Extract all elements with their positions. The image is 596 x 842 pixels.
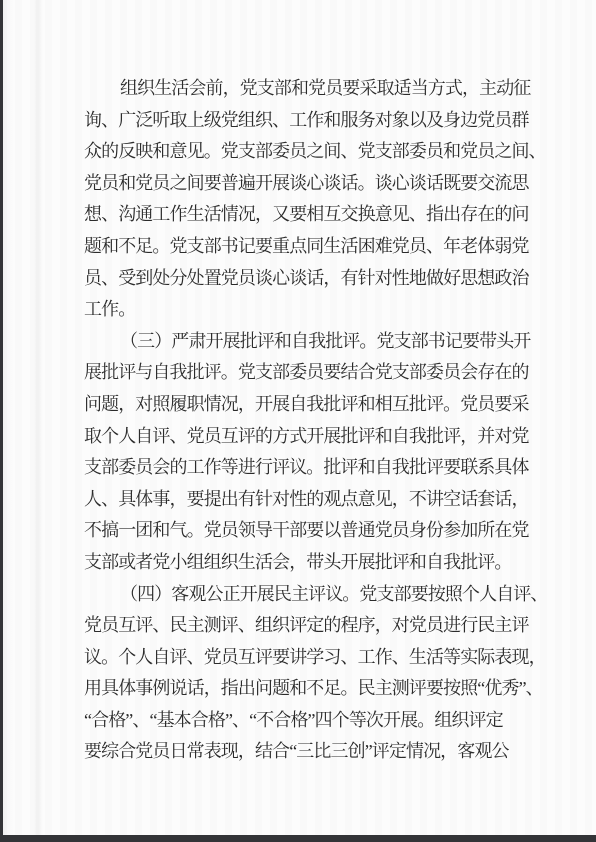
paragraph: （三）严肃开展批评和自我批评。党支部书记要带头开展批评与自我批评。党支部委员要结…: [84, 326, 530, 579]
text-line: 题和不足。党支部书记要重点同生活困难党员、年老体弱党: [84, 231, 530, 263]
text-line: 不搞一团和气。党员领导干部要以普通党员身份参加所在党: [84, 515, 530, 547]
text-line: 支部委员会的工作等进行评议。批评和自我批评要联系具体: [84, 452, 530, 484]
text-line: 询、广泛听取上级党组织、工作和服务对象以及身边党员群: [84, 105, 530, 137]
scanned-document-page: 组织生活会前，党支部和党员要采取适当方式，主动征询、广泛听取上级党组织、工作和服…: [0, 0, 596, 842]
text-line: 想、沟通工作生活情况，又要相互交换意见、指出存在的问: [84, 199, 530, 231]
text-line: 议。个人自评、党员互评要讲学习、工作、生活等实际表现，: [84, 642, 530, 674]
paragraph: （四）客观公正开展民主评议。党支部要按照个人自评、党员互评、民主测评、组织评定的…: [84, 579, 530, 769]
text-line: 员、受到处分处置党员谈心谈话，有针对性地做好思想政治: [84, 263, 530, 295]
text-line: （四）客观公正开展民主评议。党支部要按照个人自评、: [84, 579, 530, 611]
text-line: 人、具体事，要提出有针对性的观点意见，不讲空话套话，: [84, 484, 530, 516]
text-line: 问题，对照履职情况，开展自我批评和相互批评。党员要采: [84, 389, 530, 421]
scan-edge-bottom: [0, 835, 596, 842]
text-line: 党员和党员之间要普遍开展谈心谈话。谈心谈话既要交流思: [84, 168, 530, 200]
document-body: 组织生活会前，党支部和党员要采取适当方式，主动征询、广泛听取上级党组织、工作和服…: [84, 73, 530, 768]
text-line: 支部或者党小组组织生活会，带头开展批评和自我批评。: [84, 547, 530, 579]
text-line: “合格”、“基本合格”、“不合格”四个等次开展。组织评定: [84, 705, 530, 737]
text-line: 展批评与自我批评。党支部委员要结合党支部委员会存在的: [84, 357, 530, 389]
text-line: （三）严肃开展批评和自我批评。党支部书记要带头开: [84, 326, 530, 358]
text-line: 工作。: [84, 294, 530, 326]
text-line: 众的反映和意见。党支部委员之间、党支部委员和党员之间、: [84, 136, 530, 168]
scan-edge-left: [0, 0, 3, 842]
text-line: 党员互评、民主测评、组织评定的程序，对党员进行民主评: [84, 610, 530, 642]
text-line: 用具体事例说话，指出问题和不足。民主测评要按照“优秀”、: [84, 673, 530, 705]
text-line: 取个人自评、党员互评的方式开展批评和自我批评，并对党: [84, 421, 530, 453]
text-line: 组织生活会前，党支部和党员要采取适当方式，主动征: [84, 73, 530, 105]
paragraph: 组织生活会前，党支部和党员要采取适当方式，主动征询、广泛听取上级党组织、工作和服…: [84, 73, 530, 326]
text-line: 要综合党员日常表现，结合“三比三创”评定情况，客观公: [84, 736, 530, 768]
